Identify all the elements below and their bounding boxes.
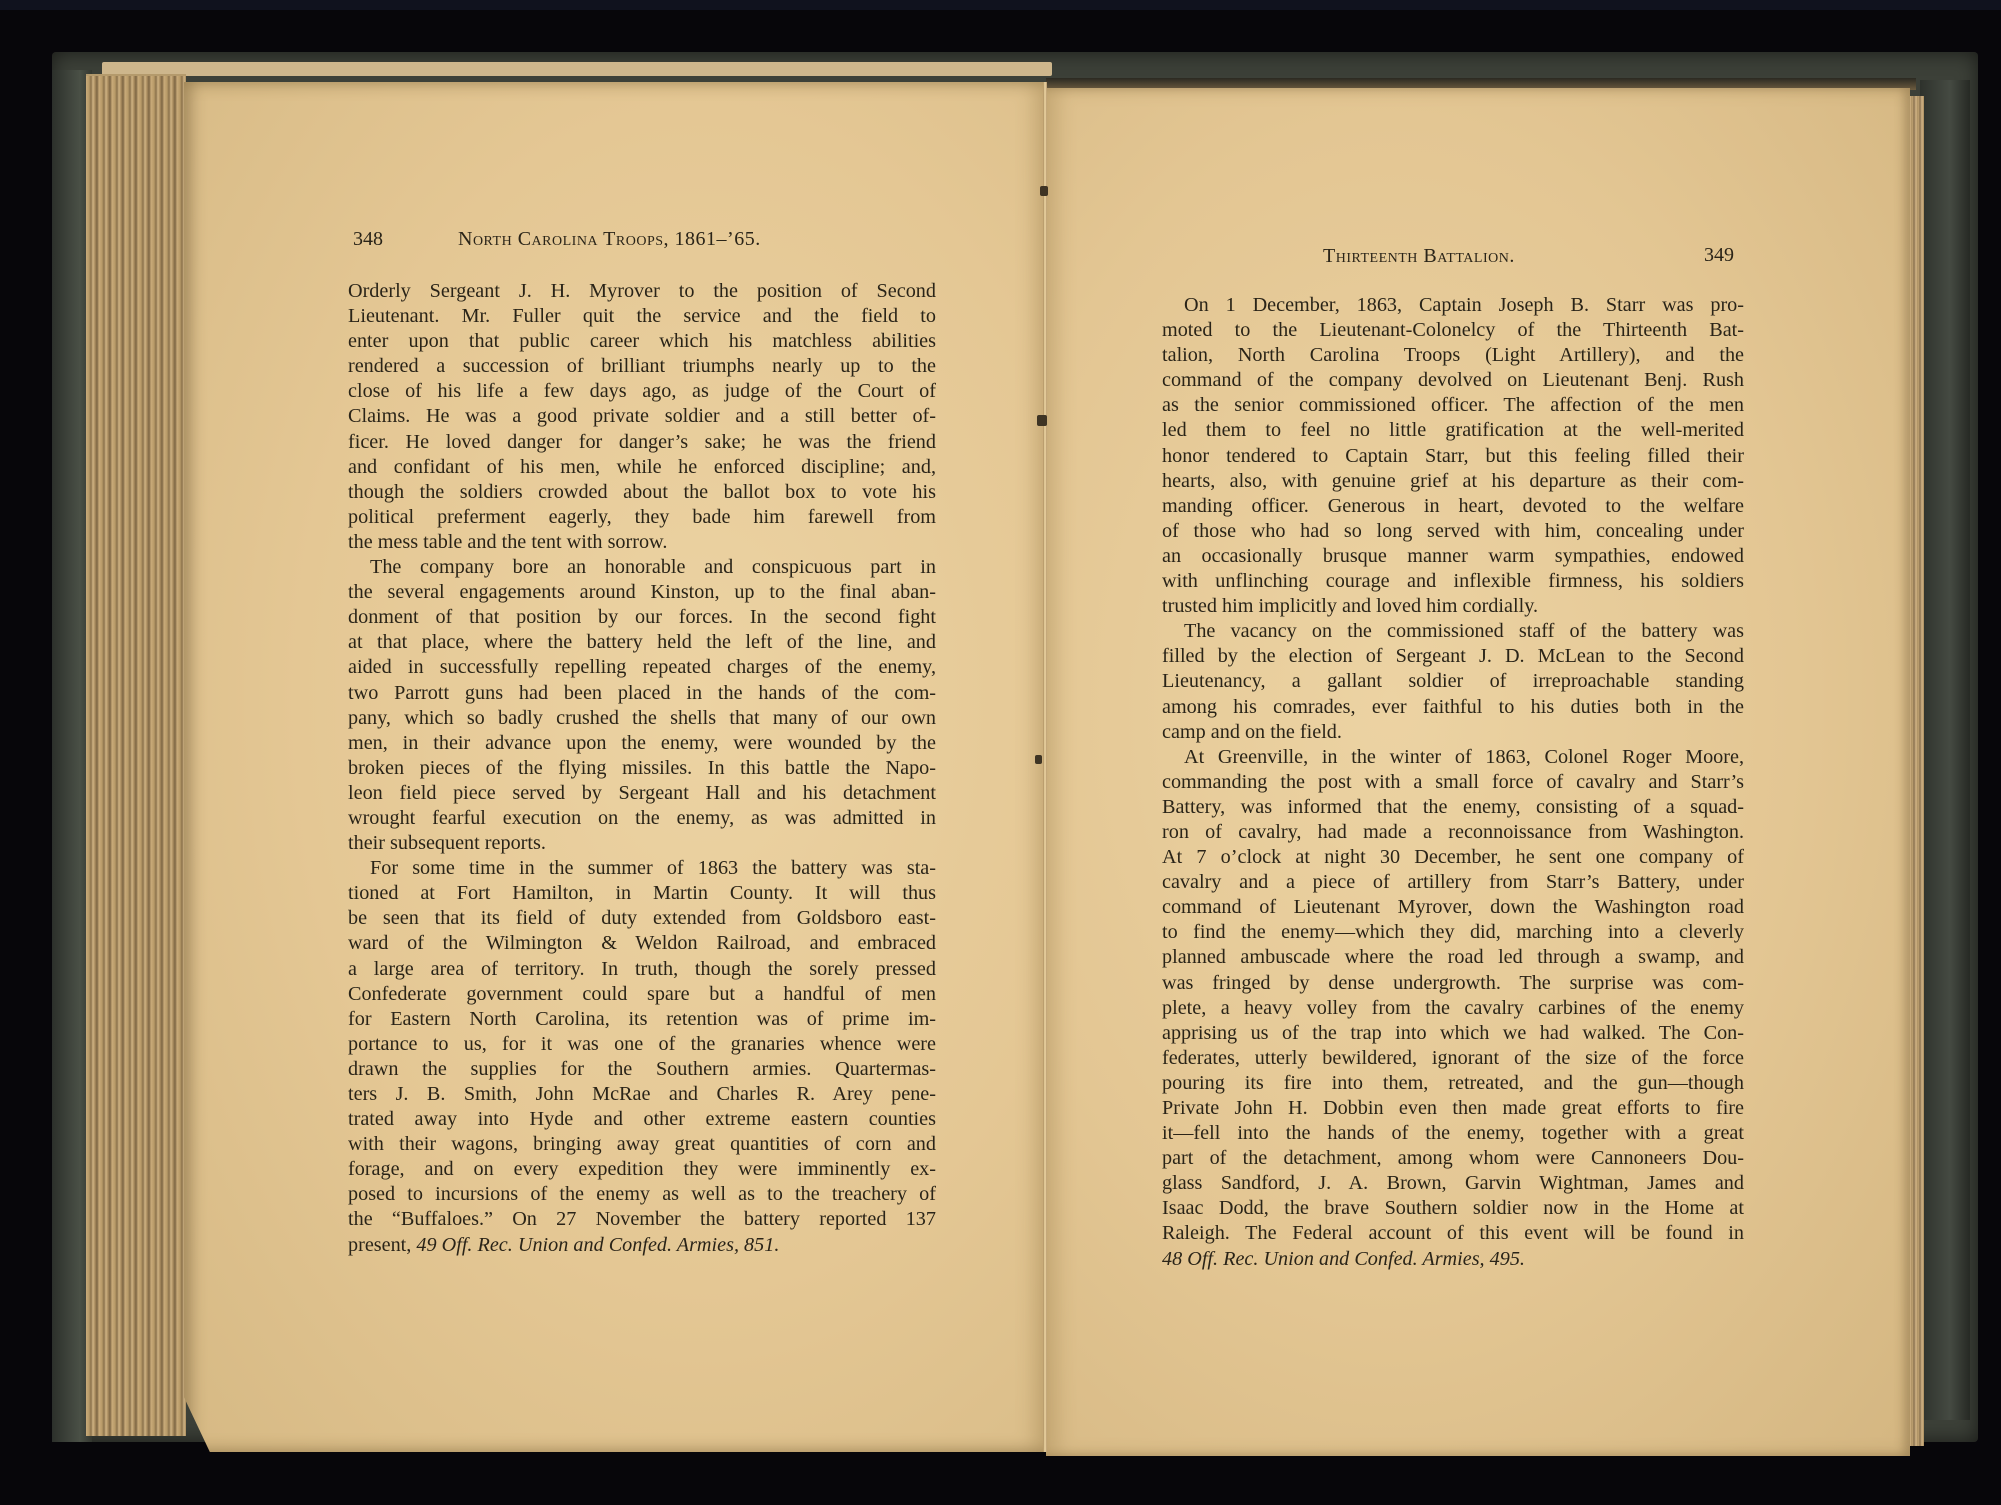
text-line: planned ambuscade where the road led thr…: [1162, 945, 1744, 970]
text-line: posed to incursions of the enemy as well…: [348, 1182, 936, 1207]
citation-line: present, 49 Off. Rec. Union and Confed. …: [348, 1233, 936, 1258]
text-line: with unflinching courage and inflexible …: [1162, 569, 1744, 594]
text-line: led them to feel no little gratification…: [1162, 418, 1744, 443]
citation-reference: 48 Off. Rec. Union and Confed. Armies, 4…: [1162, 1248, 1525, 1270]
paragraph: The company bore an honorable and conspi…: [348, 555, 936, 856]
text-line: filled by the election of Sergeant J. D.…: [1162, 644, 1744, 669]
text-line: leon field piece served by Sergeant Hall…: [348, 781, 936, 806]
text-line: manding officer. Generous in heart, devo…: [1162, 494, 1744, 519]
text-line: portance to us, for it was one of the gr…: [348, 1032, 936, 1057]
text-line: tioned at Fort Hamilton, in Martin Count…: [348, 881, 936, 906]
text-line: ficer. He loved danger for danger’s sake…: [348, 430, 936, 455]
text-line: honor tendered to Captain Starr, but thi…: [1162, 444, 1744, 469]
right-page-body: On 1 December, 1863, Captain Joseph B. S…: [1162, 293, 1744, 1272]
paragraph: For some time in the summer of 1863 the …: [348, 856, 936, 1258]
text-line: commanding the post with a small force o…: [1162, 770, 1744, 795]
text-line: though the soldiers crowded about the ba…: [348, 480, 936, 505]
text-line: their subsequent reports.: [348, 831, 936, 856]
page-number-right: 349: [1704, 244, 1734, 267]
text-line: The vacancy on the commissioned staff of…: [1162, 619, 1744, 644]
paragraph: On 1 December, 1863, Captain Joseph B. S…: [1162, 293, 1744, 619]
text-line: trusted him implicitly and loved him cor…: [1162, 594, 1744, 619]
text-line: pouring its fire into them, retreated, a…: [1162, 1071, 1744, 1096]
text-line: command of Lieutenant Myrover, down the …: [1162, 895, 1744, 920]
page-stack-left: [86, 74, 186, 1436]
text-line: rendered a succession of brilliant trium…: [348, 354, 936, 379]
text-line: apprising us of the trap into which we h…: [1162, 1021, 1744, 1046]
text-line: Claims. He was a good private soldier an…: [348, 404, 936, 429]
binding-stitch: [1035, 755, 1042, 764]
text-line: at that place, where the battery held th…: [348, 630, 936, 655]
text-line: cavalry and a piece of artillery from St…: [1162, 870, 1744, 895]
text-line: to find the enemy—which they did, marchi…: [1162, 920, 1744, 945]
text-line: close of his life a few days ago, as jud…: [348, 379, 936, 404]
text-line: At 7 o’clock at night 30 December, he se…: [1162, 845, 1744, 870]
text-line: a large area of territory. In truth, tho…: [348, 957, 936, 982]
text-line: Lieutenant. Mr. Fuller quit the service …: [348, 304, 936, 329]
running-head-left: North Carolina Troops, 1861–’65.: [458, 228, 761, 251]
paragraph: The vacancy on the commissioned staff of…: [1162, 619, 1744, 744]
citation-line: 48 Off. Rec. Union and Confed. Armies, 4…: [1162, 1247, 1744, 1272]
binding-stitch: [1040, 186, 1048, 196]
paragraph: Orderly Sergeant J. H. Myrover to the po…: [348, 279, 936, 555]
text-line: trated away into Hyde and other extreme …: [348, 1107, 936, 1132]
text-line: aided in successfully repelling repeated…: [348, 655, 936, 680]
citation-reference: 49 Off. Rec. Union and Confed. Armies, 8…: [416, 1234, 779, 1256]
text-line: the mess table and the tent with sorrow.: [348, 530, 936, 555]
text-line: was fringed by dense undergrowth. The su…: [1162, 971, 1744, 996]
left-page-body: Orderly Sergeant J. H. Myrover to the po…: [348, 279, 936, 1258]
text-line: the several engagements around Kinston, …: [348, 580, 936, 605]
text-line: On 1 December, 1863, Captain Joseph B. S…: [1162, 293, 1744, 318]
text-line: Raleigh. The Federal account of this eve…: [1162, 1221, 1744, 1246]
paragraph: At Greenville, in the winter of 1863, Co…: [1162, 745, 1744, 1272]
text-line: camp and on the field.: [1162, 720, 1744, 745]
text-line: talion, North Carolina Troops (Light Art…: [1162, 343, 1744, 368]
citation-prefix: present,: [348, 1234, 416, 1256]
book-cover-right-edge: [1920, 80, 1970, 1420]
text-line: as the senior commissioned officer. The …: [1162, 393, 1744, 418]
text-line: two Parrott guns had been placed in the …: [348, 681, 936, 706]
binding-stitch: [1037, 415, 1047, 426]
text-line: pany, which so badly crushed the shells …: [348, 706, 936, 731]
text-line: Lieutenancy, a gallant soldier of irrepr…: [1162, 669, 1744, 694]
text-line: the “Buffaloes.” On 27 November the batt…: [348, 1207, 936, 1232]
text-line: for Eastern North Carolina, its retentio…: [348, 1007, 936, 1032]
text-line: among his comrades, ever faithful to his…: [1162, 695, 1744, 720]
text-line: with their wagons, bringing away great q…: [348, 1132, 936, 1157]
text-line: Confederate government could spare but a…: [348, 982, 936, 1007]
text-line: be seen that its field of duty extended …: [348, 906, 936, 931]
text-line: command of the company devolved on Lieut…: [1162, 368, 1744, 393]
text-line: enter upon that public career which his …: [348, 329, 936, 354]
text-line: political preferment eagerly, they bade …: [348, 505, 936, 530]
gutter-fold: [1043, 82, 1047, 1452]
text-line: ters J. B. Smith, John McRae and Charles…: [348, 1082, 936, 1107]
text-line: plete, a heavy volley from the cavalry c…: [1162, 996, 1744, 1021]
text-line: wrought fearful execution on the enemy, …: [348, 806, 936, 831]
running-head-right: Thirteenth Battalion.: [1323, 245, 1515, 268]
text-line: ward of the Wilmington & Weldon Railroad…: [348, 931, 936, 956]
text-line: ron of cavalry, had made a reconnoissanc…: [1162, 820, 1744, 845]
text-line: At Greenville, in the winter of 1863, Co…: [1162, 745, 1744, 770]
text-line: part of the detachment, among whom were …: [1162, 1146, 1744, 1171]
text-line: and confidant of his men, while he enfor…: [348, 455, 936, 480]
text-line: Isaac Dodd, the brave Southern soldier n…: [1162, 1196, 1744, 1221]
text-line: an occasionally brusque manner warm symp…: [1162, 544, 1744, 569]
text-line: federates, utterly bewildered, ignorant …: [1162, 1046, 1744, 1071]
text-line: of those who had so long served with him…: [1162, 519, 1744, 544]
page-stack-top-edge: [102, 62, 1052, 76]
text-line: drawn the supplies for the Southern armi…: [348, 1057, 936, 1082]
text-line: it—fell into the hands of the enemy, tog…: [1162, 1121, 1744, 1146]
text-line: hearts, also, with genuine grief at his …: [1162, 469, 1744, 494]
text-line: Private John H. Dobbin even then made gr…: [1162, 1096, 1744, 1121]
text-line: glass Sandford, J. A. Brown, Garvin Wigh…: [1162, 1171, 1744, 1196]
text-line: forage, and on every expedition they wer…: [348, 1157, 936, 1182]
text-line: broken pieces of the flying missiles. In…: [348, 756, 936, 781]
text-line: men, in their advance upon the enemy, we…: [348, 731, 936, 756]
text-line: The company bore an honorable and conspi…: [348, 555, 936, 580]
text-line: moted to the Lieutenant-Colonelcy of the…: [1162, 318, 1744, 343]
scan-top-strip: [0, 0, 2001, 10]
text-line: For some time in the summer of 1863 the …: [348, 856, 936, 881]
text-line: donment of that position by our forces. …: [348, 605, 936, 630]
text-line: Battery, was informed that the enemy, co…: [1162, 795, 1744, 820]
page-number-left: 348: [353, 228, 383, 251]
text-line: Orderly Sergeant J. H. Myrover to the po…: [348, 279, 936, 304]
